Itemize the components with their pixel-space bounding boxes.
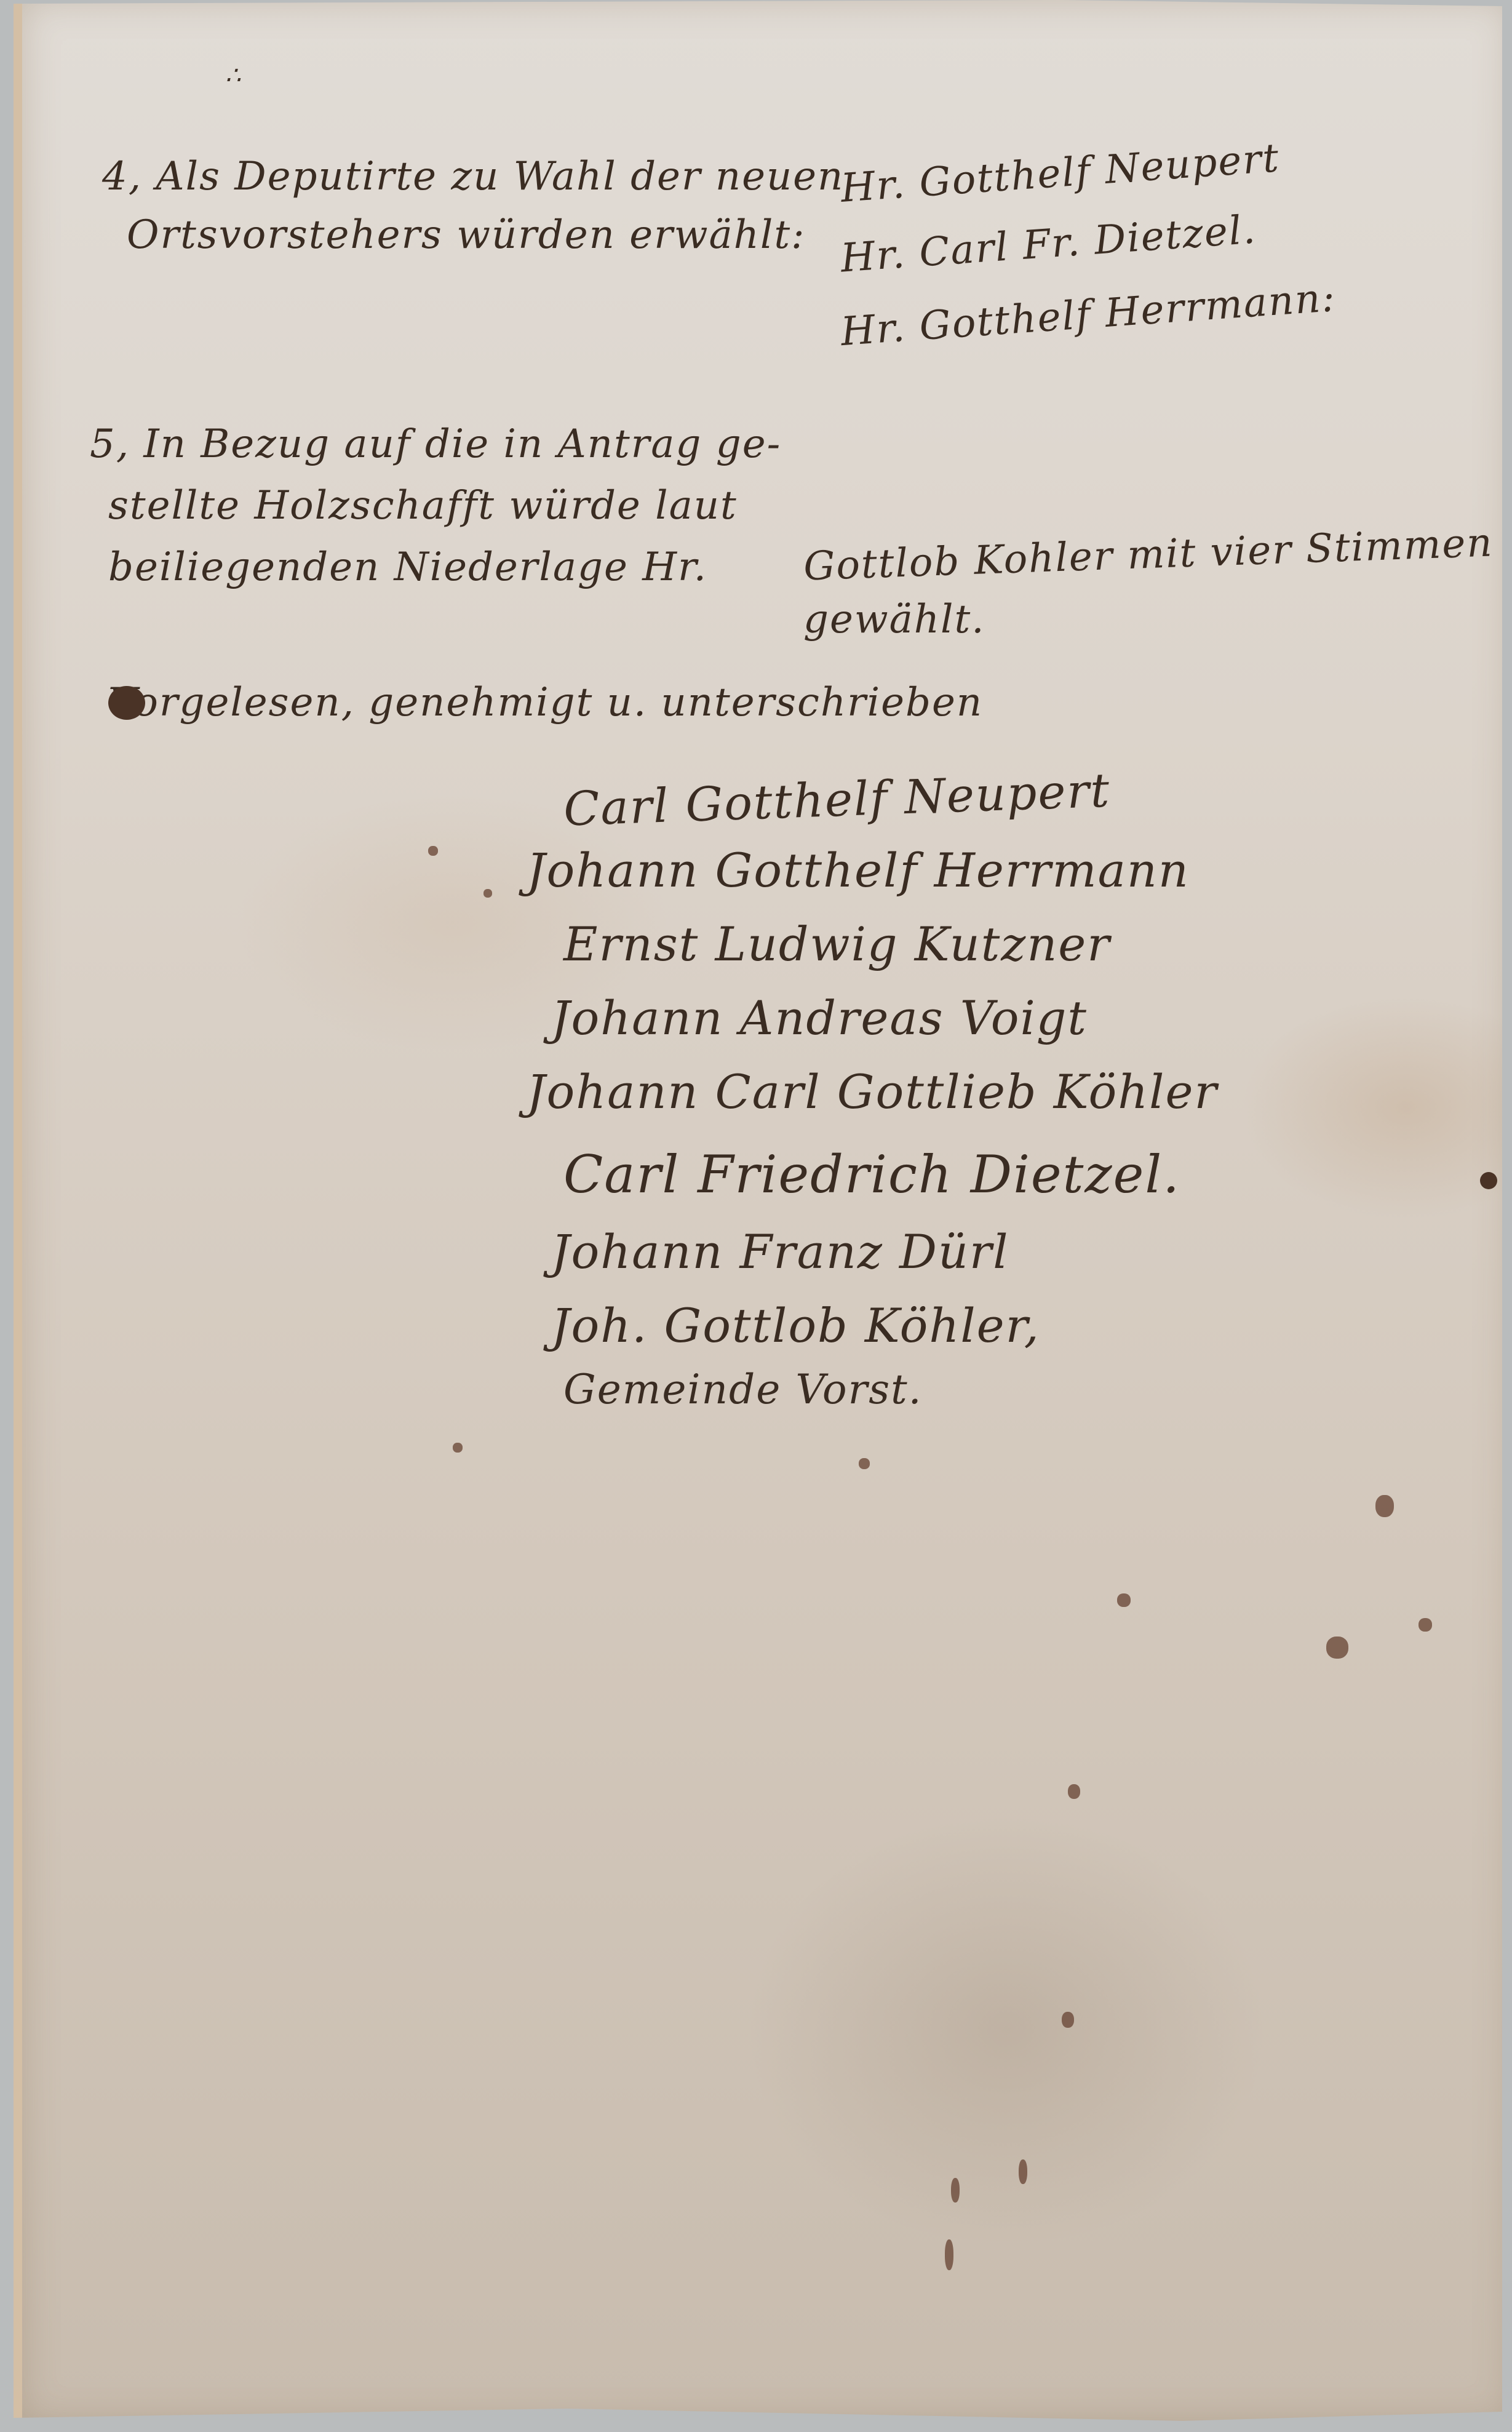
closing-line: Vorgelesen, genehmigt u. unterschrieben: [108, 683, 983, 722]
foxing-spot: [1019, 2159, 1027, 2184]
item4-elected-2: Hr. Carl Fr. Dietzel.: [840, 210, 1258, 278]
ink-blot: [108, 686, 145, 720]
foxing-spot: [1062, 2012, 1074, 2028]
foxing-spot: [1326, 1637, 1348, 1659]
signature-2: Johann Gotthelf Herrmann: [527, 843, 1190, 898]
foxing-spot: [951, 2178, 960, 2203]
signature-3: Ernst Ludwig Kutzner: [563, 917, 1111, 971]
signature-8: Joh. Gottlob Köhler,: [551, 1298, 1040, 1353]
signature-6: Carl Friedrich Dietzel.: [563, 1144, 1180, 1205]
signature-7: Johann Franz Dürl: [551, 1224, 1009, 1279]
signature-1: Carl Gotthelf Neupert: [563, 763, 1112, 837]
item4-elected-1: Hr. Gotthelf Neupert: [840, 138, 1281, 209]
scan-background: ∴ 4, Als Deputirte zu Wahl der neuen Ort…: [0, 0, 1512, 2432]
foxing-spot: [1068, 1784, 1080, 1799]
foxing-spot: [859, 1458, 870, 1469]
foxing-spot: [1117, 1593, 1131, 1607]
foxing-spot: [1375, 1495, 1394, 1517]
item4-elected-3: Hr. Gotthelf Herrmann:: [840, 278, 1337, 352]
paper-hole: [1480, 1172, 1497, 1189]
manuscript-page: ∴ 4, Als Deputirte zu Wahl der neuen Ort…: [14, 0, 1511, 2421]
foxing-spot: [945, 2239, 953, 2270]
item5-line-2: stellte Holzschafft würde laut: [108, 486, 738, 525]
item5-line-1: 5, In Bezug auf die in Antrag ge-: [90, 425, 781, 464]
item5-line-3: beiliegenden Niederlage Hr.: [108, 548, 707, 587]
signature-4: Johann Andreas Voigt: [551, 991, 1088, 1045]
item5-continuation-1: Gottlob Kohler mit vier Stimmen: [803, 523, 1494, 586]
foxing-spot: [453, 1443, 463, 1453]
signature-5: Johann Carl Gottlieb Köhler: [527, 1064, 1218, 1119]
foxing-spot: [483, 889, 492, 898]
signature-9: Gemeinde Vorst.: [563, 1366, 923, 1413]
item4-line-2: Ortsvorstehers würden erwählt:: [127, 215, 806, 255]
foxing-spot: [428, 846, 438, 856]
top-mark: ∴: [225, 62, 242, 90]
foxing-spot: [1418, 1618, 1432, 1632]
item5-continuation-2: gewählt.: [803, 600, 985, 639]
item4-line-1: 4, Als Deputirte zu Wahl der neuen: [102, 157, 844, 196]
